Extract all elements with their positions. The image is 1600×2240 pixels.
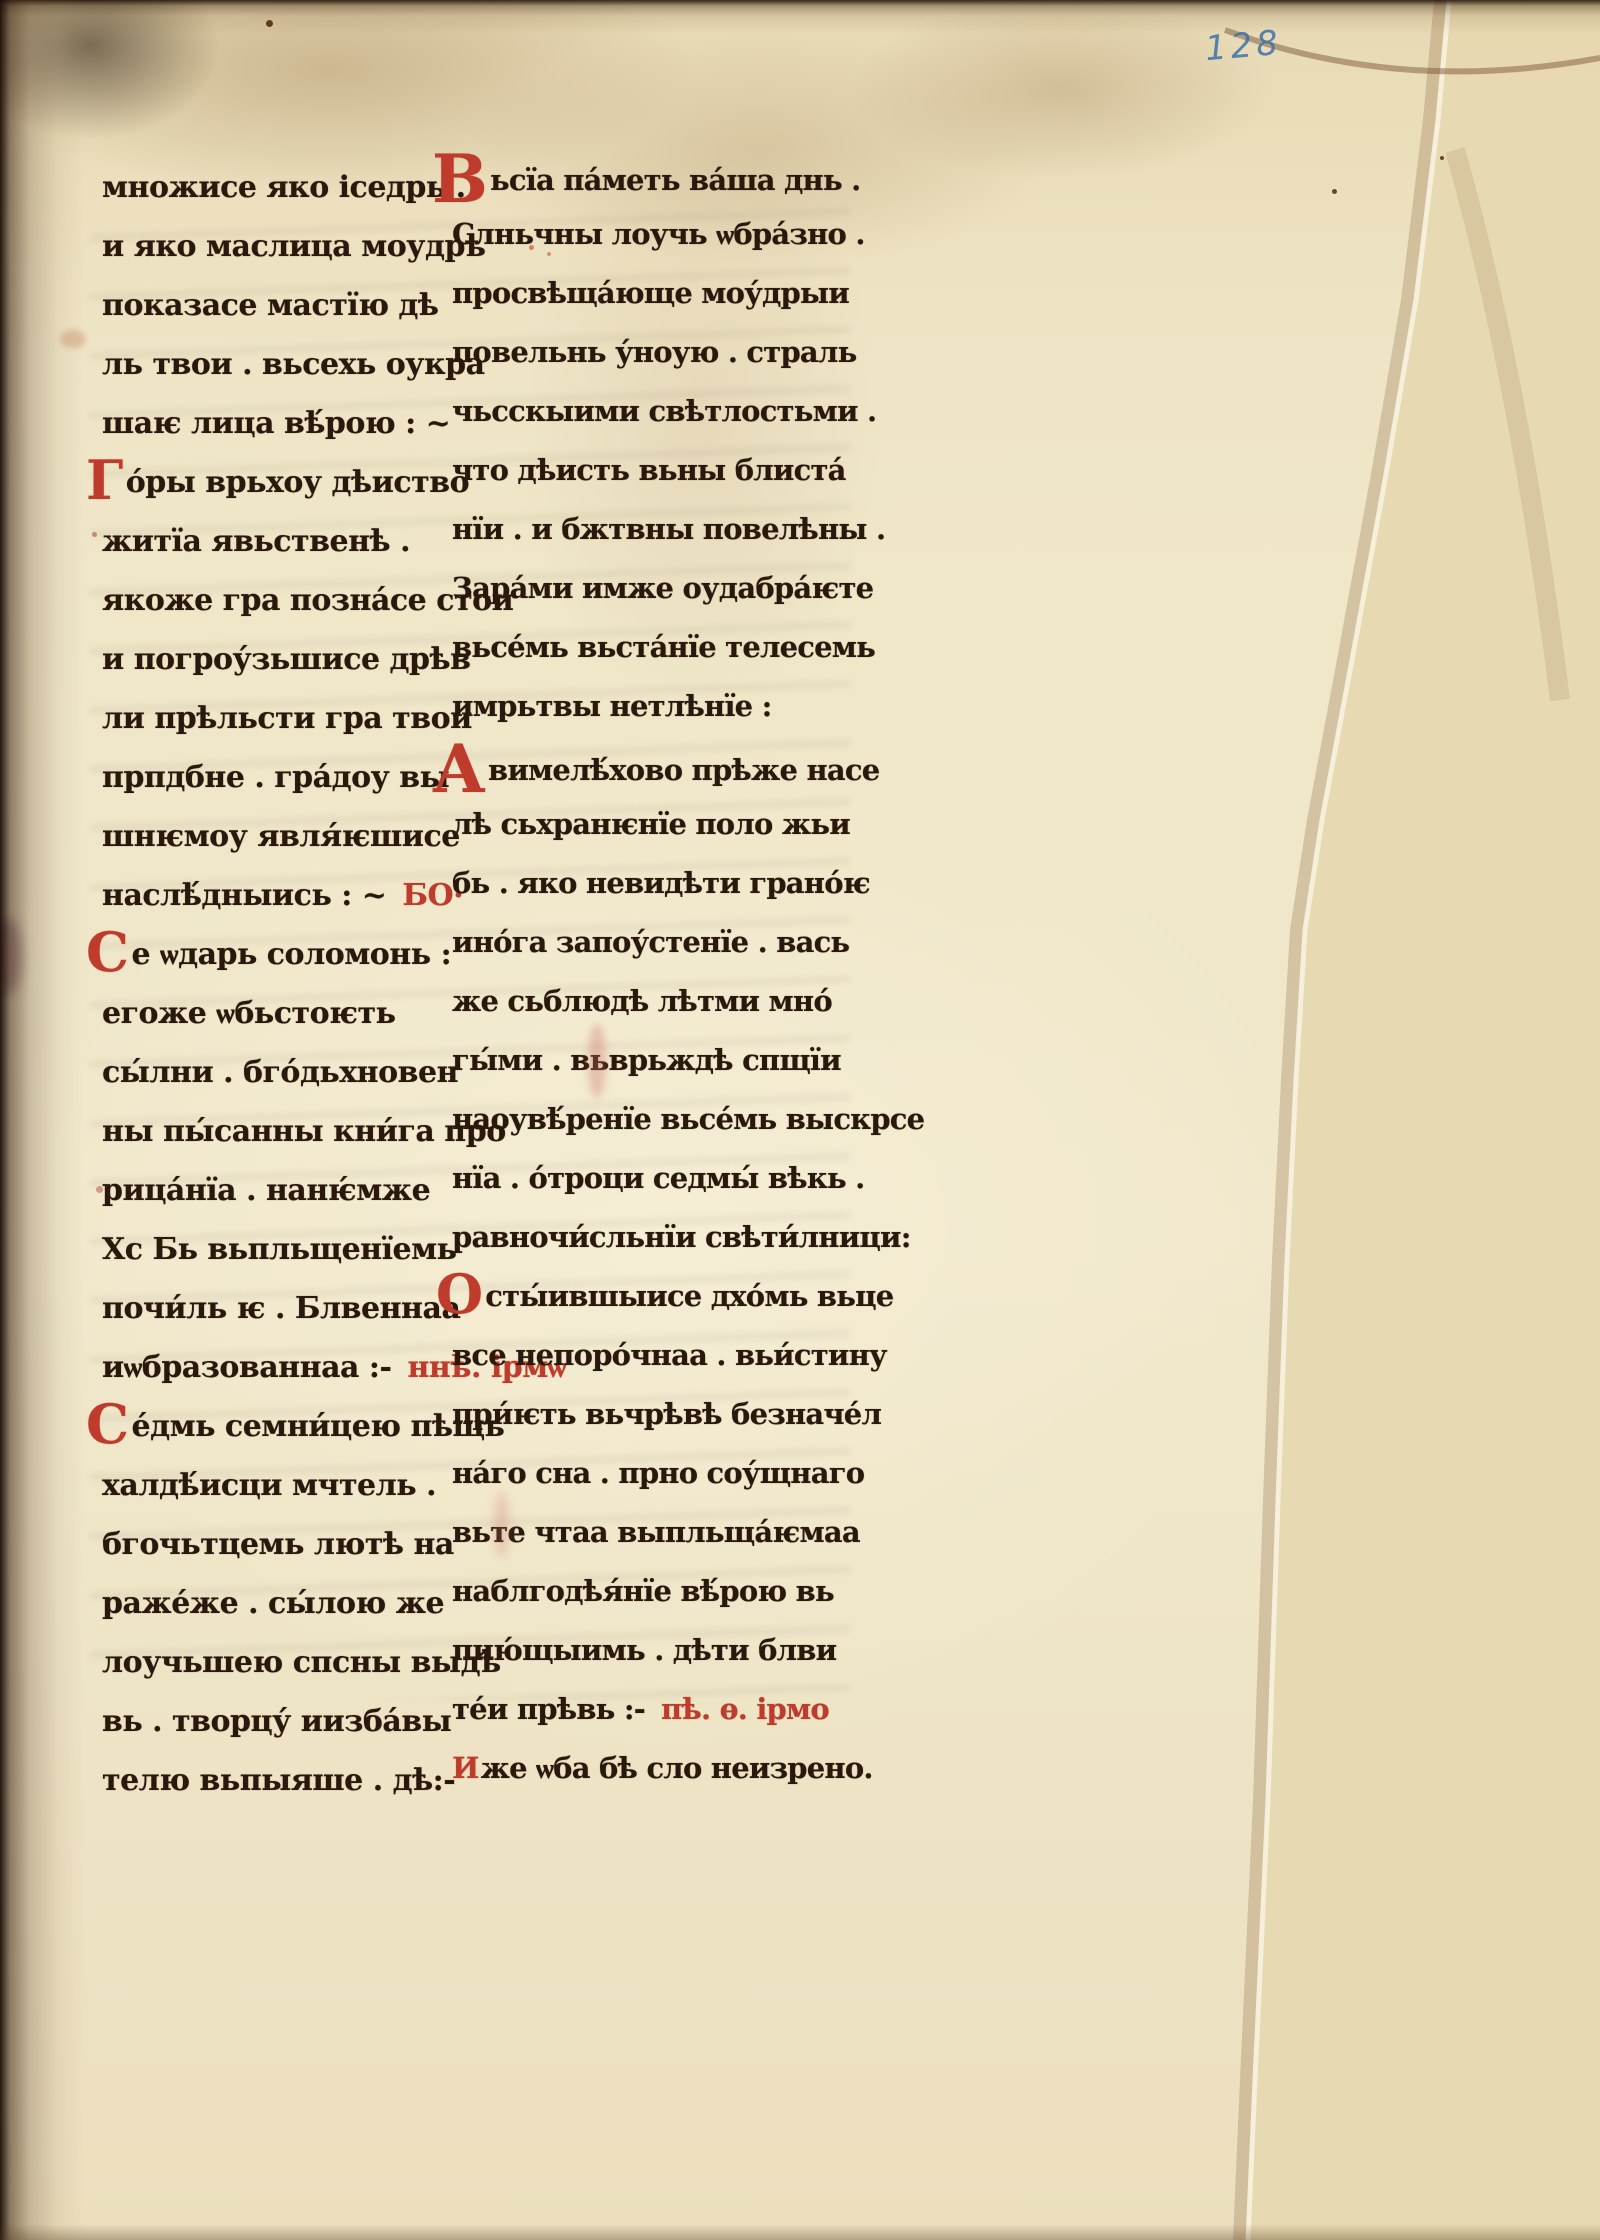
manuscript-line: вь . творцу́ иизба́вы xyxy=(102,1692,450,1751)
line-text: ль твои . вьсехь оукра xyxy=(102,347,485,382)
manuscript-line: Го́ры врьхоу дѣиство xyxy=(102,453,450,512)
line-text: повельнь у́ноую . страль xyxy=(452,335,856,369)
line-text: ино́га запоу́стенїе . вась xyxy=(452,925,849,959)
line-text: лоучьшею спсны выдѣ xyxy=(102,1645,501,1680)
manuscript-line: что дѣисть вьны блиста́ xyxy=(452,441,852,500)
manuscript-line: Хс Бь вьпльщенїемь xyxy=(102,1220,450,1279)
manuscript-line: якоже гра позна́се стои xyxy=(102,571,450,630)
manuscript-line: просвѣща́юще моу́дрыи xyxy=(452,264,852,323)
line-text: е́дмь семни́цею пѣщь xyxy=(131,1409,504,1444)
line-text: наблгодѣя́нїе вѣ́рою вь xyxy=(452,1574,834,1608)
line-text: наоувѣ́ренїе вьсе́мь выскрсе xyxy=(452,1102,924,1136)
line-text: нїи . и бжтвны повелѣны . xyxy=(452,512,885,546)
line-text: пию́щыимь . дѣти блви xyxy=(452,1633,836,1667)
manuscript-line: гы́ми . вьврьждѣ спщїи xyxy=(452,1031,852,1090)
line-text: вь . творцу́ иизба́вы xyxy=(102,1704,451,1739)
line-text: е ѡдарь соломонь : xyxy=(131,937,451,972)
line-text: о́ры врьхоу дѣиство xyxy=(126,465,469,500)
line-text: вьте чтаа выпльща́ѥмаа xyxy=(452,1515,860,1549)
manuscript-line: ль твои . вьсехь оукра xyxy=(102,335,450,394)
manuscript-line: те́и прѣвь :-пѣ. ѳ. ірмо xyxy=(452,1680,852,1739)
manuscript-line: чьсскыими свѣтлостьми . xyxy=(452,382,852,441)
illuminated-initial: А xyxy=(432,736,485,802)
line-text: рица́нїа . нанѥ́мже xyxy=(102,1173,430,1208)
right-text-column: Вьсїа па́меть ва́ша днь .Слньчны лоучь ѡ… xyxy=(452,146,852,1798)
manuscript-line: нїа . о́троци седмы́ вѣкь . xyxy=(452,1149,852,1208)
rubric-text: пѣ. ѳ. ірмо xyxy=(661,1692,829,1726)
line-text: же сьблюдѣ лѣтми мно́ xyxy=(452,984,832,1018)
manuscript-line: Се ѡдарь соломонь : xyxy=(102,925,450,984)
line-text: бь . яко невидѣти грано́ѥ xyxy=(452,866,870,900)
line-text: сты́ившыисе дхо́мь вьце xyxy=(485,1279,893,1313)
manuscript-line: бгочьтцемь лютѣ на xyxy=(102,1515,450,1574)
line-text: лѣ сьхранѥнїе поло жьи xyxy=(452,807,850,841)
line-text: просвѣща́юще моу́дрыи xyxy=(452,276,849,310)
manuscript-line: имрьтвы нетлѣнїе : xyxy=(452,677,852,736)
manuscript-line: сы́лни . бго́дьхновен xyxy=(102,1043,450,1102)
line-text: почи́ль ѥ . Блвеннаа xyxy=(102,1291,460,1326)
manuscript-line: и погроу́зьшисе дрѣв xyxy=(102,630,450,689)
line-text: равночи́сльнїи свѣти́лници: xyxy=(452,1220,911,1254)
folio-number: 128 xyxy=(1203,23,1283,70)
line-text: егоже ѡбьстоѥть xyxy=(102,996,395,1031)
line-text: множисе яко іседрь . xyxy=(102,170,466,205)
line-text: Слньчны лоучь ѡбра́зно . xyxy=(452,217,865,251)
line-text: Зара́ми имже оудабра́ѥте xyxy=(452,571,873,605)
manuscript-line: вьте чтаа выпльща́ѥмаа xyxy=(452,1503,852,1562)
line-text: иѡбразованнаа :- xyxy=(102,1350,391,1385)
manuscript-line: наблгодѣя́нїе вѣ́рою вь xyxy=(452,1562,852,1621)
manuscript-line: шнѥмоу явля́ѥшисе xyxy=(102,807,450,866)
line-text: и погроу́зьшисе дрѣв xyxy=(102,642,470,677)
manuscript-line: на́го сна . прно соу́щнаго xyxy=(452,1444,852,1503)
manuscript-line: бь . яко невидѣти грано́ѥ xyxy=(452,854,852,913)
manuscript-line: пию́щыимь . дѣти блви xyxy=(452,1621,852,1680)
manuscript-line: иѡбразованнаа :-ннѣ. ірмѡ xyxy=(102,1338,450,1397)
manuscript-line: ны пы́санны кни́га про xyxy=(102,1102,450,1161)
manuscript-line: Осты́ившыисе дхо́мь вьце xyxy=(452,1267,852,1326)
manuscript-line: Зара́ми имже оудабра́ѥте xyxy=(452,559,852,618)
line-text: житїа явьственѣ . xyxy=(102,524,410,559)
manuscript-line: ли прѣльсти гра твои xyxy=(102,689,450,748)
manuscript-line: раже́же . сы́лою же xyxy=(102,1574,450,1633)
left-text-column: множисе яко іседрь .и яко маслица моудрѣ… xyxy=(102,158,450,1810)
line-text: шнѥмоу явля́ѥшисе xyxy=(102,819,460,854)
line-text: халдѣ́исци мчтель . xyxy=(102,1468,436,1503)
manuscript-line: лѣ сьхранѥнїе поло жьи xyxy=(452,795,852,854)
line-text: вимелѣ́хово прѣже насе xyxy=(488,753,879,787)
manuscript-line: равночи́сльнїи свѣти́лници: xyxy=(452,1208,852,1267)
line-text: бгочьтцемь лютѣ на xyxy=(102,1527,454,1562)
line-text: наслѣ́дныись : ~ xyxy=(102,878,386,913)
illuminated-initial: О xyxy=(436,1267,482,1321)
illuminated-initial: В xyxy=(432,146,487,212)
manuscript-line: телю вьпыяше . дѣ:- xyxy=(102,1751,450,1810)
manuscript-line: прпдбне . гра́доу вы xyxy=(102,748,450,807)
line-text: что дѣисть вьны блиста́ xyxy=(452,453,846,487)
line-text: показасе мастїю дѣ xyxy=(102,288,439,323)
line-text: шаѥ лица вѣ́рою : ~ xyxy=(102,406,450,441)
manuscript-line: нїи . и бжтвны повелѣны . xyxy=(452,500,852,559)
manuscript-line: и яко маслица моудрѣ xyxy=(102,217,450,276)
line-text: те́и прѣвь :- xyxy=(452,1692,645,1726)
line-text: ли прѣльсти гра твои xyxy=(102,701,472,736)
manuscript-line: шаѥ лица вѣ́рою : ~ xyxy=(102,394,450,453)
manuscript-line: ино́га запоу́стенїе . вась xyxy=(452,913,852,972)
illuminated-initial: С xyxy=(86,1397,128,1451)
manuscript-line: Се́дмь семни́цею пѣщь xyxy=(102,1397,450,1456)
manuscript-line: показасе мастїю дѣ xyxy=(102,276,450,335)
manuscript-line: множисе яко іседрь . xyxy=(102,158,450,217)
manuscript-line: наслѣ́дныись : ~БО· xyxy=(102,866,450,925)
line-text: чьсскыими свѣтлостьми . xyxy=(452,394,876,428)
illuminated-initial: Г xyxy=(86,453,123,507)
line-text: на́го сна . прно соу́щнаго xyxy=(452,1456,864,1490)
manuscript-line: повельнь у́ноую . страль xyxy=(452,323,852,382)
manuscript-line: почи́ль ѥ . Блвеннаа xyxy=(102,1279,450,1338)
line-text: нїа . о́троци седмы́ вѣкь . xyxy=(452,1161,864,1195)
manuscript-line: Вьсїа па́меть ва́ша днь . xyxy=(452,146,852,205)
line-text: же ѡба бѣ сло неизрено. xyxy=(481,1751,873,1785)
line-text: при́ѥть вьчрѣвѣ безначе́л xyxy=(452,1397,881,1431)
line-text: имрьтвы нетлѣнїе : xyxy=(452,689,772,723)
manuscript-line: вьсе́мь вьста́нїе телесемь xyxy=(452,618,852,677)
line-text: все непоро́чнаа . вьи́стину xyxy=(452,1338,887,1372)
line-text: и яко маслица моудрѣ xyxy=(102,229,486,264)
line-text: вьсе́мь вьста́нїе телесемь xyxy=(452,630,875,664)
manuscript-line: житїа явьственѣ . xyxy=(102,512,450,571)
line-text: гы́ми . вьврьждѣ спщїи xyxy=(452,1043,841,1077)
line-text: раже́же . сы́лою же xyxy=(102,1586,444,1621)
manuscript-line: Иже ѡба бѣ сло неизрено. xyxy=(452,1739,852,1798)
line-text: телю вьпыяше . дѣ:- xyxy=(102,1763,455,1798)
rubric-initial: И xyxy=(452,1751,479,1785)
manuscript-line: при́ѥть вьчрѣвѣ безначе́л xyxy=(452,1385,852,1444)
manuscript-line: Авимелѣ́хово прѣже насе xyxy=(452,736,852,795)
manuscript-line: Слньчны лоучь ѡбра́зно . xyxy=(452,205,852,264)
line-text: Хс Бь вьпльщенїемь xyxy=(102,1232,457,1267)
manuscript-line: рица́нїа . нанѥ́мже xyxy=(102,1161,450,1220)
manuscript-line: же сьблюдѣ лѣтми мно́ xyxy=(452,972,852,1031)
manuscript-line: все непоро́чнаа . вьи́стину xyxy=(452,1326,852,1385)
line-text: сы́лни . бго́дьхновен xyxy=(102,1055,458,1090)
manuscript-line: лоучьшею спсны выдѣ xyxy=(102,1633,450,1692)
illuminated-initial: С xyxy=(86,925,128,979)
line-text: ьсїа па́меть ва́ша днь . xyxy=(490,163,860,197)
line-text: прпдбне . гра́доу вы xyxy=(102,760,449,795)
manuscript-line: егоже ѡбьстоѥть xyxy=(102,984,450,1043)
manuscript-photo: множисе яко іседрь .и яко маслица моудрѣ… xyxy=(0,0,1600,2240)
manuscript-line: халдѣ́исци мчтель . xyxy=(102,1456,450,1515)
line-text: ны пы́санны кни́га про xyxy=(102,1114,506,1149)
manuscript-line: наоувѣ́ренїе вьсе́мь выскрсе xyxy=(452,1090,852,1149)
